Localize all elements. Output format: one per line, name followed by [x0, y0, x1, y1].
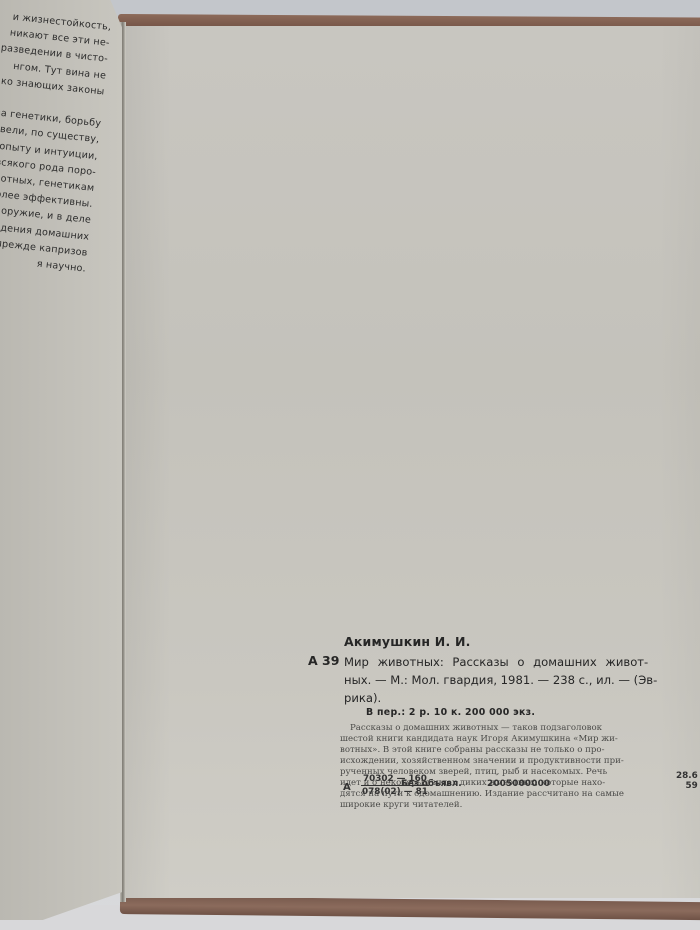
title-line: ных. — М.: Мол. гвардия, 1981. — 238 с.,… — [344, 671, 684, 689]
title-line: Мир животных: Рассказы о домашних живот- — [344, 653, 684, 671]
serial-number: 2005000000 — [487, 779, 550, 789]
classification-codes: 28.6 59 — [676, 771, 698, 791]
no-announcement-label: Без объявл. — [401, 779, 462, 789]
classification-top: 28.6 — [676, 771, 698, 781]
footer-letter: А — [343, 782, 351, 793]
price-line: В пер.: 2 р. 10 к. 200 000 экз. — [366, 707, 535, 718]
annotation-line: исхождении, хозяйственном значении и про… — [340, 756, 670, 767]
left-page-text: и жизнестойкость, никают все эти не- раз… — [0, 6, 112, 277]
annotation-line: вотных». В этой книге собраны рассказы н… — [340, 745, 670, 756]
title-line: рика). — [344, 689, 684, 707]
index-code: А 39 — [308, 653, 339, 668]
annotation-line: Рассказы о домашних животных — таков под… — [350, 723, 670, 734]
annotation: Рассказы о домашних животных — таков под… — [340, 723, 670, 811]
annotation-line: шестой книги кандидата наук Игоря Акимуш… — [340, 734, 670, 745]
bibliographic-title: Мир животных: Рассказы о домашних живот-… — [344, 653, 684, 707]
left-page: и жизнестойкость, никают все эти не- раз… — [0, 0, 122, 920]
annotation-line: широкие круги читателей. — [340, 800, 670, 811]
author-name: Акимушкин И. И. — [344, 634, 471, 649]
classification-bottom: 59 — [676, 781, 698, 791]
